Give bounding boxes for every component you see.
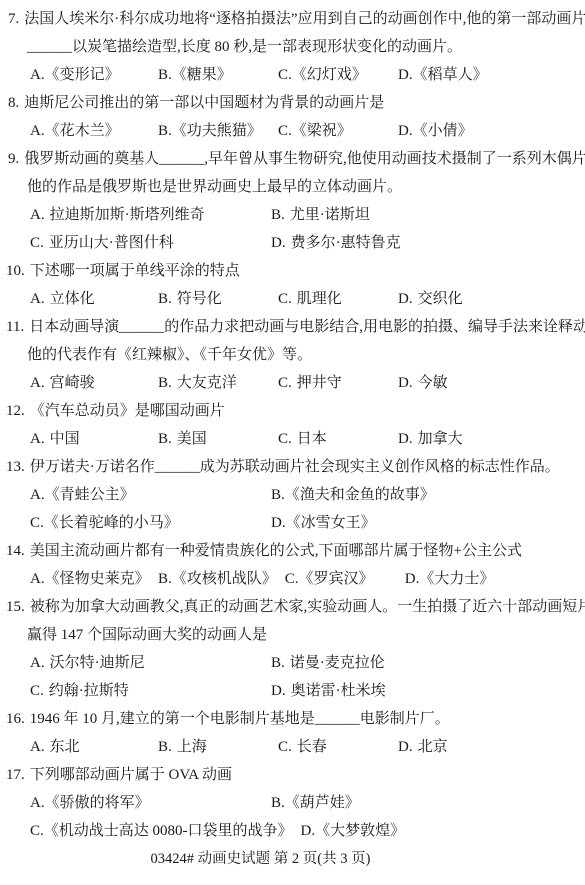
option-label: B. bbox=[158, 123, 172, 139]
option-label: B. bbox=[271, 795, 285, 811]
option-label: C. bbox=[30, 515, 44, 531]
question-17-option-D: D.《大梦敦煌》 bbox=[301, 817, 414, 845]
option-text: 《稻草人》 bbox=[413, 67, 488, 83]
question-text: 日本动画导演______的作品力求把动画与电影结合,用电影的拍摄、编导手法来诠释… bbox=[29, 319, 585, 335]
option-label: A. bbox=[30, 487, 45, 503]
question-7-option-B: B.《糖果》 bbox=[158, 61, 278, 89]
option-text: 费多尔·惠特鲁克 bbox=[291, 235, 401, 251]
option-label: B. bbox=[158, 571, 172, 587]
question-number: 14. bbox=[6, 543, 25, 559]
question-10-line-1: 10.下述哪一项属于单线平涂的特点 bbox=[0, 257, 585, 285]
question-10-option-D: D.交织化 bbox=[398, 285, 471, 313]
question-text: 迪斯尼公司推出的第一部以中国题材为背景的动画片是 bbox=[24, 95, 384, 111]
option-text: 《功夫熊猫》 bbox=[172, 123, 262, 139]
question-13-option-A: A.《青蛙公主》 bbox=[30, 481, 271, 509]
option-text: 《渔夫和金鱼的故事》 bbox=[285, 487, 435, 503]
option-label: A. bbox=[30, 123, 45, 139]
option-text: 符号化 bbox=[177, 291, 222, 307]
question-14-options-row: A.《怪物史莱克》B.《攻核机战队》C.《罗宾汉》D.《大力士》 bbox=[0, 565, 585, 593]
option-label: B. bbox=[158, 291, 172, 307]
option-label: C. bbox=[278, 375, 292, 391]
option-label: A. bbox=[30, 375, 45, 391]
option-label: C. bbox=[278, 739, 292, 755]
page-footer: 03424# 动画史试题 第 2 页(共 3 页) bbox=[0, 845, 585, 873]
option-label: D. bbox=[301, 823, 316, 839]
questions-area: 7.法国人埃米尔·科尔成功地将“逐格拍摄法”应用到自己的动画创作中,他的第一部动… bbox=[0, 5, 585, 845]
option-text: 《大梦敦煌》 bbox=[315, 823, 405, 839]
question-13-option-B: B.《渔夫和金鱼的故事》 bbox=[271, 481, 443, 509]
question-17-option-C: C.《机动战士高达 0080-口袋里的战争》 bbox=[30, 817, 301, 845]
question-13-option-C: C.《长着驼峰的小马》 bbox=[30, 509, 271, 537]
question-15-option-B: B.诺曼·麦克拉伦 bbox=[271, 649, 393, 677]
question-13-option-D: D.《冰雪女王》 bbox=[271, 509, 384, 537]
option-text: 《青蛙公主》 bbox=[45, 487, 135, 503]
question-9-option-D: D.费多尔·惠特鲁克 bbox=[271, 229, 409, 257]
option-label: D. bbox=[271, 235, 286, 251]
question-16-option-D: D.北京 bbox=[398, 733, 456, 761]
question-8-option-C: C.《梁祝》 bbox=[278, 117, 398, 145]
question-16-options-row: A.东北B.上海C.长春D.北京 bbox=[0, 733, 585, 761]
option-text: 日本 bbox=[297, 431, 327, 447]
question-text: 伊万诺夫·万诺名作______成为苏联动画片社会现实主义创作风格的标志性作品。 bbox=[30, 459, 560, 475]
question-9-option-B: B.尤里·诺斯坦 bbox=[271, 201, 378, 229]
option-label: C. bbox=[30, 683, 44, 699]
question-number: 17. bbox=[6, 767, 25, 783]
question-17-options-row: A.《骄傲的将军》B.《葫芦娃》 bbox=[0, 789, 585, 817]
option-label: A. bbox=[30, 431, 45, 447]
question-15-options-row: C.约翰·拉斯特D.奥诺雷·杜米埃 bbox=[0, 677, 585, 705]
question-number: 10. bbox=[6, 263, 25, 279]
option-label: D. bbox=[398, 291, 413, 307]
question-12-option-D: D.加拿大 bbox=[398, 425, 471, 453]
question-number: 13. bbox=[6, 459, 25, 475]
option-label: B. bbox=[158, 739, 172, 755]
option-text: 大友克洋 bbox=[177, 375, 237, 391]
option-label: A. bbox=[30, 291, 45, 307]
exam-paper-page: 7.法国人埃米尔·科尔成功地将“逐格拍摄法”应用到自己的动画创作中,他的第一部动… bbox=[0, 0, 585, 885]
option-label: C. bbox=[278, 67, 292, 83]
question-9-options-row: A.拉迪斯加斯·斯塔列维奇B.尤里·诺斯坦 bbox=[0, 201, 585, 229]
question-8-options-row: A.《花木兰》B.《功夫熊猫》C.《梁祝》D.《小倩》 bbox=[0, 117, 585, 145]
question-15-line-2: 赢得 147 个国际动画大奖的动画人是 bbox=[0, 621, 585, 649]
option-text: 上海 bbox=[177, 739, 207, 755]
option-label: B. bbox=[158, 67, 172, 83]
option-label: A. bbox=[30, 795, 45, 811]
question-17-option-B: B.《葫芦娃》 bbox=[271, 789, 368, 817]
option-label: B. bbox=[158, 431, 172, 447]
question-7-option-A: A.《变形记》 bbox=[30, 61, 158, 89]
option-label: C. bbox=[278, 291, 292, 307]
question-number: 9. bbox=[8, 151, 19, 167]
option-text: 《冰雪女王》 bbox=[286, 515, 376, 531]
option-text: 肌理化 bbox=[297, 291, 342, 307]
option-text: 诺曼·麦克拉伦 bbox=[290, 655, 385, 671]
question-7-option-D: D.《稻草人》 bbox=[398, 61, 496, 89]
question-7-option-C: C.《幻灯戏》 bbox=[278, 61, 398, 89]
question-7-line-2: ______以炭笔描绘造型,长度 80 秒,是一部表现形状变化的动画片。 bbox=[0, 33, 585, 61]
option-text: 北京 bbox=[418, 739, 448, 755]
option-label: C. bbox=[278, 123, 292, 139]
question-13-options-row: A.《青蛙公主》B.《渔夫和金鱼的故事》 bbox=[0, 481, 585, 509]
option-text: 《幻灯戏》 bbox=[292, 67, 367, 83]
question-number: 11. bbox=[6, 319, 24, 335]
option-text: 《梁祝》 bbox=[292, 123, 352, 139]
option-text: 中国 bbox=[50, 431, 80, 447]
question-17-line-1: 17.下列哪部动画片属于 OVA 动画 bbox=[0, 761, 585, 789]
question-7-options-row: A.《变形记》B.《糖果》C.《幻灯戏》D.《稻草人》 bbox=[0, 61, 585, 89]
question-17-options-row: C.《机动战士高达 0080-口袋里的战争》D.《大梦敦煌》 bbox=[0, 817, 585, 845]
option-text: 沃尔特·迪斯尼 bbox=[50, 655, 145, 671]
question-10-options-row: A.立体化B.符号化C.肌理化D.交织化 bbox=[0, 285, 585, 313]
option-label: C. bbox=[278, 431, 292, 447]
option-text: 东北 bbox=[50, 739, 80, 755]
option-text: 长春 bbox=[297, 739, 327, 755]
option-label: B. bbox=[271, 207, 285, 223]
option-text: 加拿大 bbox=[418, 431, 463, 447]
question-11-option-D: D.今敏 bbox=[398, 369, 456, 397]
question-text: 俄罗斯动画的奠基人______,早年曾从事生物研究,他使用动画技术摄制了一系列木… bbox=[24, 151, 585, 167]
question-9-options-row: C.亚历山大·普图什科D.费多尔·惠特鲁克 bbox=[0, 229, 585, 257]
question-14-option-A: A.《怪物史莱克》 bbox=[30, 565, 158, 593]
option-text: 今敏 bbox=[418, 375, 448, 391]
question-text: 1946 年 10 月,建立的第一个电影制片基地是______电影制片厂。 bbox=[30, 711, 450, 727]
question-10-option-B: B.符号化 bbox=[158, 285, 278, 313]
option-text: 拉迪斯加斯·斯塔列维奇 bbox=[50, 207, 205, 223]
question-10-option-C: C.肌理化 bbox=[278, 285, 398, 313]
question-10-option-A: A.立体化 bbox=[30, 285, 158, 313]
question-11-options-row: A.宫崎骏B.大友克洋C.押井守D.今敏 bbox=[0, 369, 585, 397]
question-text: 美国主流动画片都有一种爱情贵族化的公式,下面哪部片属于怪物+公主公式 bbox=[30, 543, 522, 559]
option-text: 约翰·拉斯特 bbox=[49, 683, 129, 699]
question-text: 《汽车总动员》是哪国动画片 bbox=[30, 403, 225, 419]
question-11-option-C: C.押井守 bbox=[278, 369, 398, 397]
question-13-options-row: C.《长着驼峰的小马》D.《冰雪女王》 bbox=[0, 509, 585, 537]
option-text: 宫崎骏 bbox=[50, 375, 95, 391]
question-15-options-row: A.沃尔特·迪斯尼B.诺曼·麦克拉伦 bbox=[0, 649, 585, 677]
option-label: D. bbox=[405, 571, 420, 587]
question-14-option-B: B.《攻核机战队》 bbox=[158, 565, 285, 593]
question-text: 他的代表作有《红辣椒》、《千年女优》等。 bbox=[27, 347, 312, 363]
question-8-line-1: 8.迪斯尼公司推出的第一部以中国题材为背景的动画片是 bbox=[0, 89, 585, 117]
question-9-line-2: 他的作品是俄罗斯也是世界动画史上最早的立体动画片。 bbox=[0, 173, 585, 201]
question-16-option-B: B.上海 bbox=[158, 733, 278, 761]
question-8-option-B: B.《功夫熊猫》 bbox=[158, 117, 278, 145]
question-11-line-1: 11.日本动画导演______的作品力求把动画与电影结合,用电影的拍摄、编导手法… bbox=[0, 313, 585, 341]
option-text: 《攻核机战队》 bbox=[172, 571, 277, 587]
option-text: 立体化 bbox=[50, 291, 95, 307]
question-7-line-1: 7.法国人埃米尔·科尔成功地将“逐格拍摄法”应用到自己的动画创作中,他的第一部动… bbox=[0, 5, 585, 33]
question-text: 他的作品是俄罗斯也是世界动画史上最早的立体动画片。 bbox=[27, 179, 402, 195]
option-text: 《葫芦娃》 bbox=[285, 795, 360, 811]
question-12-option-B: B.美国 bbox=[158, 425, 278, 453]
question-number: 16. bbox=[6, 711, 25, 727]
option-label: D. bbox=[398, 375, 413, 391]
option-label: B. bbox=[271, 655, 285, 671]
question-16-option-C: C.长春 bbox=[278, 733, 398, 761]
option-label: B. bbox=[158, 375, 172, 391]
question-15-option-C: C.约翰·拉斯特 bbox=[30, 677, 271, 705]
option-label: A. bbox=[30, 67, 45, 83]
option-label: A. bbox=[30, 571, 45, 587]
option-label: D. bbox=[398, 123, 413, 139]
question-number: 15. bbox=[6, 599, 25, 615]
question-14-line-1: 14.美国主流动画片都有一种爱情贵族化的公式,下面哪部片属于怪物+公主公式 bbox=[0, 537, 585, 565]
option-text: 美国 bbox=[177, 431, 207, 447]
question-15-option-A: A.沃尔特·迪斯尼 bbox=[30, 649, 271, 677]
question-15-option-D: D.奥诺雷·杜米埃 bbox=[271, 677, 394, 705]
question-14-option-C: C.《罗宾汉》 bbox=[285, 565, 405, 593]
question-8-option-A: A.《花木兰》 bbox=[30, 117, 158, 145]
option-text: 《机动战士高达 0080-口袋里的战争》 bbox=[44, 823, 293, 839]
option-text: 《罗宾汉》 bbox=[299, 571, 374, 587]
option-text: 交织化 bbox=[418, 291, 463, 307]
question-text: 下列哪部动画片属于 OVA 动画 bbox=[30, 767, 232, 783]
question-text: 下述哪一项属于单线平涂的特点 bbox=[30, 263, 240, 279]
question-12-option-A: A.中国 bbox=[30, 425, 158, 453]
question-17-option-A: A.《骄傲的将军》 bbox=[30, 789, 271, 817]
question-number: 7. bbox=[8, 11, 19, 27]
question-12-options-row: A.中国B.美国C.日本D.加拿大 bbox=[0, 425, 585, 453]
option-label: D. bbox=[398, 431, 413, 447]
question-11-option-A: A.宫崎骏 bbox=[30, 369, 158, 397]
option-text: 亚历山大·普图什科 bbox=[49, 235, 174, 251]
question-9-option-A: A.拉迪斯加斯·斯塔列维奇 bbox=[30, 201, 271, 229]
option-text: 押井守 bbox=[297, 375, 342, 391]
question-number: 8. bbox=[8, 95, 19, 111]
option-text: 《大力士》 bbox=[419, 571, 494, 587]
question-13-line-1: 13.伊万诺夫·万诺名作______成为苏联动画片社会现实主义创作风格的标志性作… bbox=[0, 453, 585, 481]
option-text: 奥诺雷·杜米埃 bbox=[291, 683, 386, 699]
option-text: 《花木兰》 bbox=[45, 123, 120, 139]
question-text: ______以炭笔描绘造型,长度 80 秒,是一部表现形状变化的动画片。 bbox=[27, 39, 462, 55]
question-11-option-B: B.大友克洋 bbox=[158, 369, 278, 397]
question-number: 12. bbox=[6, 403, 25, 419]
question-9-line-1: 9.俄罗斯动画的奠基人______,早年曾从事生物研究,他使用动画技术摄制了一系… bbox=[0, 145, 585, 173]
option-text: 《变形记》 bbox=[45, 67, 120, 83]
question-11-line-2: 他的代表作有《红辣椒》、《千年女优》等。 bbox=[0, 341, 585, 369]
option-text: 《怪物史莱克》 bbox=[45, 571, 150, 587]
option-label: D. bbox=[271, 683, 286, 699]
question-text: 法国人埃米尔·科尔成功地将“逐格拍摄法”应用到自己的动画创作中,他的第一部动画片 bbox=[24, 11, 585, 27]
option-label: C. bbox=[30, 823, 44, 839]
option-label: D. bbox=[398, 67, 413, 83]
question-12-option-C: C.日本 bbox=[278, 425, 398, 453]
option-label: B. bbox=[271, 487, 285, 503]
question-15-line-1: 15.被称为加拿大动画教父,真正的动画艺术家,实验动画人。一生拍摄了近六十部动画… bbox=[0, 593, 585, 621]
question-16-option-A: A.东北 bbox=[30, 733, 158, 761]
question-8-option-D: D.《小倩》 bbox=[398, 117, 481, 145]
option-label: A. bbox=[30, 739, 45, 755]
question-14-option-D: D.《大力士》 bbox=[405, 565, 503, 593]
option-text: 尤里·诺斯坦 bbox=[290, 207, 370, 223]
option-text: 《糖果》 bbox=[172, 67, 232, 83]
option-label: A. bbox=[30, 207, 45, 223]
option-label: D. bbox=[271, 515, 286, 531]
option-text: 《长着驼峰的小马》 bbox=[44, 515, 179, 531]
option-label: C. bbox=[30, 235, 44, 251]
question-9-option-C: C.亚历山大·普图什科 bbox=[30, 229, 271, 257]
option-label: A. bbox=[30, 655, 45, 671]
question-text: 被称为加拿大动画教父,真正的动画艺术家,实验动画人。一生拍摄了近六十部动画短片, bbox=[30, 599, 585, 615]
option-text: 《小倩》 bbox=[413, 123, 473, 139]
option-text: 《骄傲的将军》 bbox=[45, 795, 150, 811]
question-text: 赢得 147 个国际动画大奖的动画人是 bbox=[27, 627, 267, 643]
option-label: D. bbox=[398, 739, 413, 755]
option-label: C. bbox=[285, 571, 299, 587]
question-12-line-1: 12.《汽车总动员》是哪国动画片 bbox=[0, 397, 585, 425]
question-16-line-1: 16.1946 年 10 月,建立的第一个电影制片基地是______电影制片厂。 bbox=[0, 705, 585, 733]
